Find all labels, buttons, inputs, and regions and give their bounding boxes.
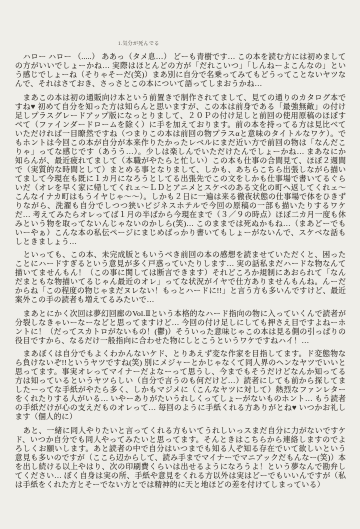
paragraph-closing-thanks: あと、一緒に同人やりたいと言ってくれる方もいてうれしいっスまだ自分に力がないです…	[15, 426, 346, 489]
page-caption: 1.気分が死んでる	[118, 41, 159, 48]
paragraph-about-book: まあこの本は初の通販向け本という前置きで制作されてまして、見ての通りのカタログ本…	[15, 93, 346, 246]
scanned-document-page: 1.気分が死んでる ハロー ハロー （.....） ああっ（タメ息…） どーも青…	[0, 0, 360, 529]
text-block: 1.気分が死んでる ハロー ハロー （.....） ああっ（タメ息…） どーも青…	[15, 41, 346, 493]
paragraph-greeting: ハロー ハロー （.....） ああっ（タメ息…） どーも青樹です… この本を読…	[15, 52, 346, 88]
paragraph-next-volume: まあとにかく次回は夢幻回廊のVol.Ⅱという本格的なハード指向の物に入っていくん…	[15, 309, 346, 345]
paragraph-reader-feedback: といっても、この本、未完成版ともいうべき前回の本の感想を読ませていただくと、困っ…	[15, 250, 346, 304]
paragraph-author-identity: まあぼくは自分でもよくわかんないケド、とりあえず変な作家を目指してます。ド変態物…	[15, 349, 346, 421]
